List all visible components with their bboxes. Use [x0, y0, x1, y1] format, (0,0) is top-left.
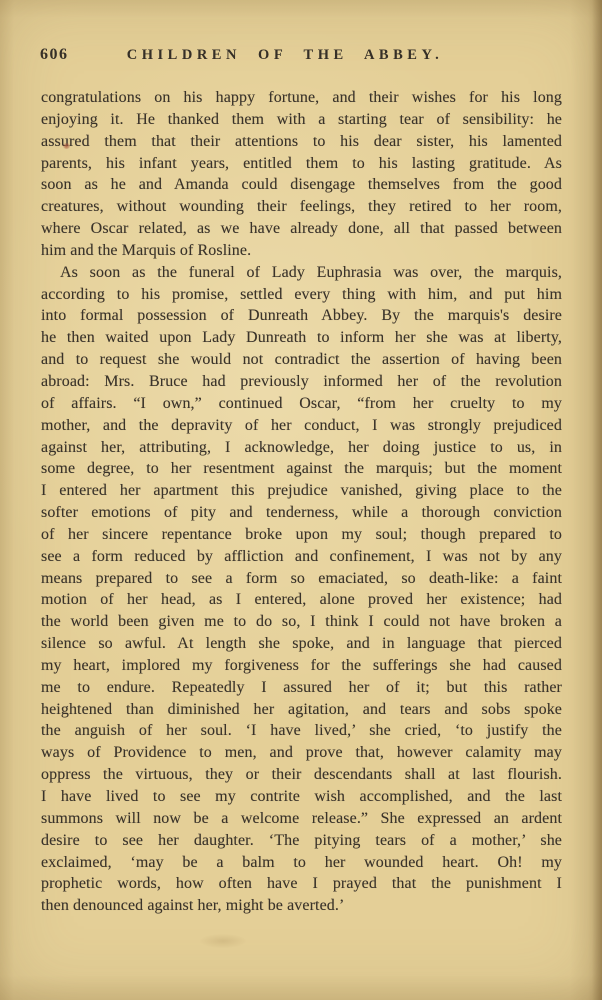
text-line: then denounced against her, might be ave…: [41, 895, 562, 917]
text-line: As soon as the funeral of Lady Euphrasia…: [41, 262, 562, 284]
text-line: he then waited upon Lady Dunreath to inf…: [41, 327, 562, 349]
text-line: soon as he and Amanda could disengage th…: [41, 174, 562, 196]
text-line: into formal possession of Dunreath Abbey…: [41, 305, 562, 327]
text-line: desire to see her daughter. ‘The pitying…: [41, 830, 562, 852]
text-line: summons will now be a welcome release.” …: [41, 808, 562, 830]
text-line: see a form reduced by affliction and con…: [41, 546, 562, 568]
text-line: him and the Marquis of Rosline.: [41, 240, 562, 262]
text-line: prophetic words, how often have I prayed…: [41, 873, 562, 895]
text-line: according to his promise, settled every …: [41, 284, 562, 306]
text-line: where Oscar related, as we have already …: [41, 218, 562, 240]
text-line: my heart, implored my forgiveness for th…: [41, 655, 562, 677]
page-text: congratulations on his happy fortune, an…: [41, 87, 562, 917]
text-line: of her sincere repentance broke upon my …: [41, 524, 562, 546]
text-line: ways of Providence to men, and prove tha…: [41, 742, 562, 764]
text-line: motion of her head, as I entered, alone …: [41, 589, 562, 611]
text-line: some degree, to her resentment against t…: [41, 458, 562, 480]
text-line: assured them that their attentions to hi…: [41, 131, 562, 153]
text-line: enjoying it. He thanked them with a star…: [41, 109, 562, 131]
text-line: mother, and the depravity of her conduct…: [41, 415, 562, 437]
text-line: and to request she would not contradict …: [41, 349, 562, 371]
text-line: I have lived to see my contrite wish acc…: [41, 786, 562, 808]
text-line: congratulations on his happy fortune, an…: [41, 87, 562, 109]
text-line: abroad: Mrs. Bruce had previously inform…: [41, 371, 562, 393]
red-ink-stain: [63, 143, 70, 149]
text-line: creatures, without wounding their feelin…: [41, 196, 562, 218]
running-title: CHILDREN OF THE ABBEY.: [40, 47, 530, 64]
running-header: 606 CHILDREN OF THE ABBEY.: [40, 46, 560, 66]
text-line: oppress the virtuous, they or their desc…: [41, 764, 562, 786]
book-page-scan: 606 CHILDREN OF THE ABBEY. congratulatio…: [0, 0, 602, 1000]
paper-smudge: [200, 934, 246, 948]
page-edge-shadow: [592, 0, 602, 1000]
text-line: softer emotions of pity and tenderness, …: [41, 502, 562, 524]
text-line: silence so awful. At length she spoke, a…: [41, 633, 562, 655]
text-line: heightened than diminished her agitation…: [41, 699, 562, 721]
text-line: means prepared to see a form so emaciate…: [41, 568, 562, 590]
text-line: the world been given me to do so, I thin…: [41, 611, 562, 633]
text-line: parents, his infant years, entitled them…: [41, 153, 562, 175]
text-line: of affairs. “I own,” continued Oscar, “f…: [41, 393, 562, 415]
text-line: the anguish of her soul. ‘I have lived,’…: [41, 720, 562, 742]
text-line: me to endure. Repeatedly I assured her o…: [41, 677, 562, 699]
text-line: exclaimed, ‘may be a balm to her wounded…: [41, 852, 562, 874]
text-line: against her, attributing, I acknowledge,…: [41, 437, 562, 459]
text-line: I entered her apartment this prejudice v…: [41, 480, 562, 502]
